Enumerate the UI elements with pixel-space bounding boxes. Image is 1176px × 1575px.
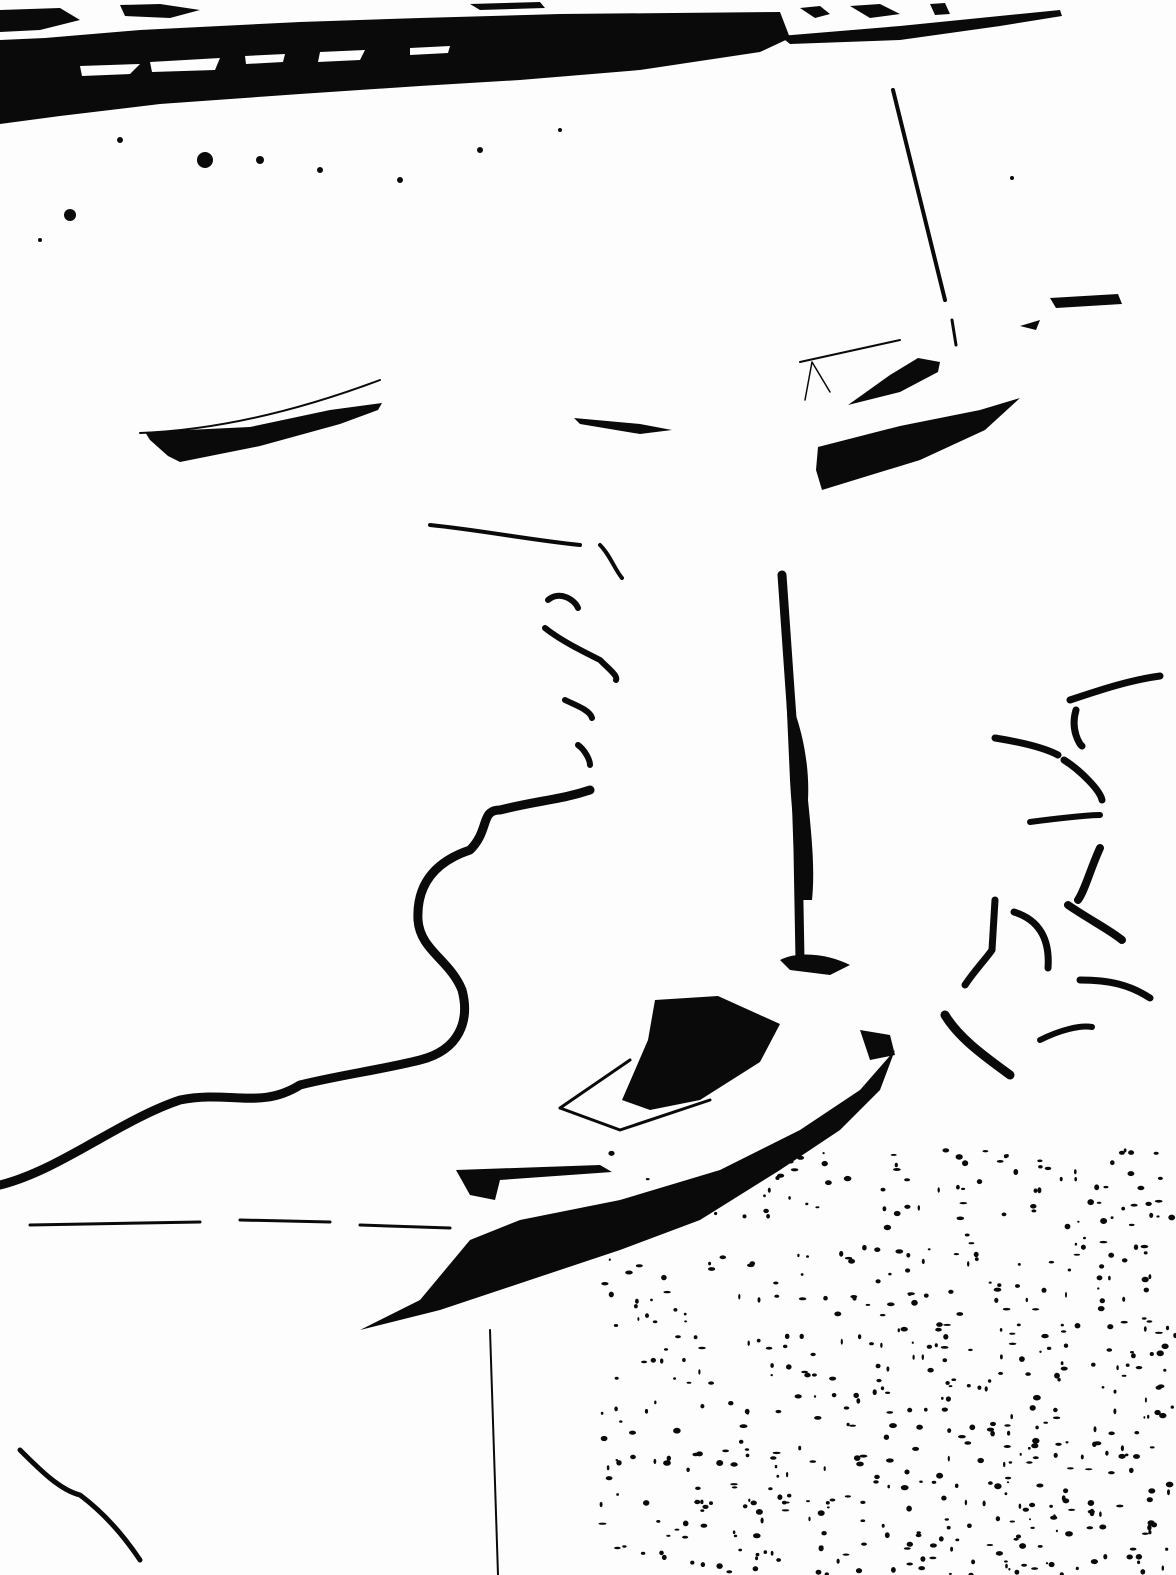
rowboat-left [140,380,382,462]
upper-mud-speckles [38,128,1014,242]
harbor-wall [0,4,790,124]
photograph: High-contrast black and white photograph… [0,0,1176,1575]
sailboat-foreground [360,575,895,1330]
tidal-channels [0,525,1160,1575]
photo-canvas [0,0,1176,1575]
sailboat-upper-right [574,90,1122,490]
